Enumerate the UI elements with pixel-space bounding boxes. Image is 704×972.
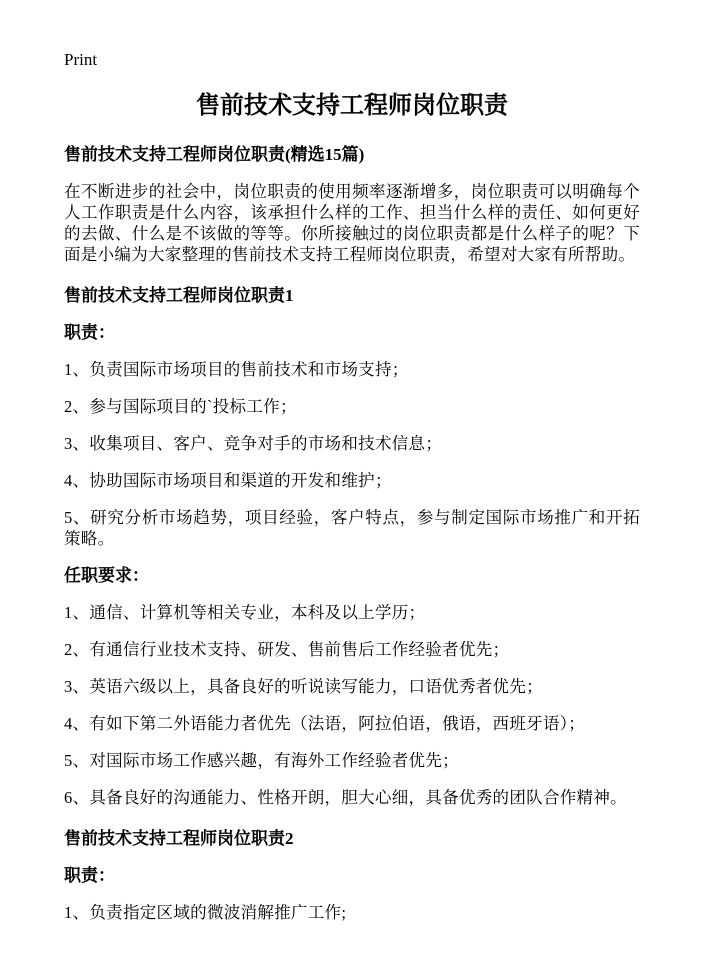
list-item: 5、对国际市场工作感兴趣，有海外工作经验者优先；	[64, 750, 640, 771]
list-item: 2、有通信行业技术支持、研发、售前售后工作经验者优先；	[64, 639, 640, 660]
list-item: 2、参与国际项目的`投标工作；	[64, 396, 640, 417]
list-item: 1、通信、计算机等相关专业，本科及以上学历；	[64, 602, 640, 623]
intro-paragraph: 在不断进步的社会中，岗位职责的使用频率逐渐增多，岗位职责可以明确每个人工作职责是…	[64, 181, 640, 265]
list-item: 1、负责指定区域的微波消解推广工作;	[64, 902, 640, 923]
doc-subtitle: 售前技术支持工程师岗位职责(精选15篇)	[64, 144, 640, 165]
list-item: 3、收集项目、客户、竞争对手的市场和技术信息；	[64, 433, 640, 454]
list-item: 1、负责国际市场项目的售前技术和市场支持；	[64, 359, 640, 380]
document-page: Print 售前技术支持工程师岗位职责 售前技术支持工程师岗位职责(精选15篇)…	[0, 0, 704, 972]
list-item: 4、协助国际市场项目和渠道的开发和维护；	[64, 470, 640, 491]
requirements-subheading: 任职要求：	[64, 565, 640, 586]
print-link[interactable]: Print	[64, 50, 97, 70]
duties-subheading: 职责：	[64, 322, 640, 343]
section-heading-1: 售前技术支持工程师岗位职责1	[64, 285, 640, 306]
duties-subheading-2: 职责：	[64, 865, 640, 886]
page-title: 售前技术支持工程师岗位职责	[64, 91, 640, 121]
list-item: 4、有如下第二外语能力者优先（法语，阿拉伯语，俄语，西班牙语）；	[64, 713, 640, 734]
section-heading-2: 售前技术支持工程师岗位职责2	[64, 828, 640, 849]
list-item: 6、具备良好的沟通能力、性格开朗，胆大心细，具备优秀的团队合作精神。	[64, 787, 640, 808]
list-item: 5、研究分析市场趋势，项目经验，客户特点，参与制定国际市场推广和开拓策略。	[64, 507, 640, 549]
list-item: 3、英语六级以上，具备良好的听说读写能力，口语优秀者优先；	[64, 676, 640, 697]
